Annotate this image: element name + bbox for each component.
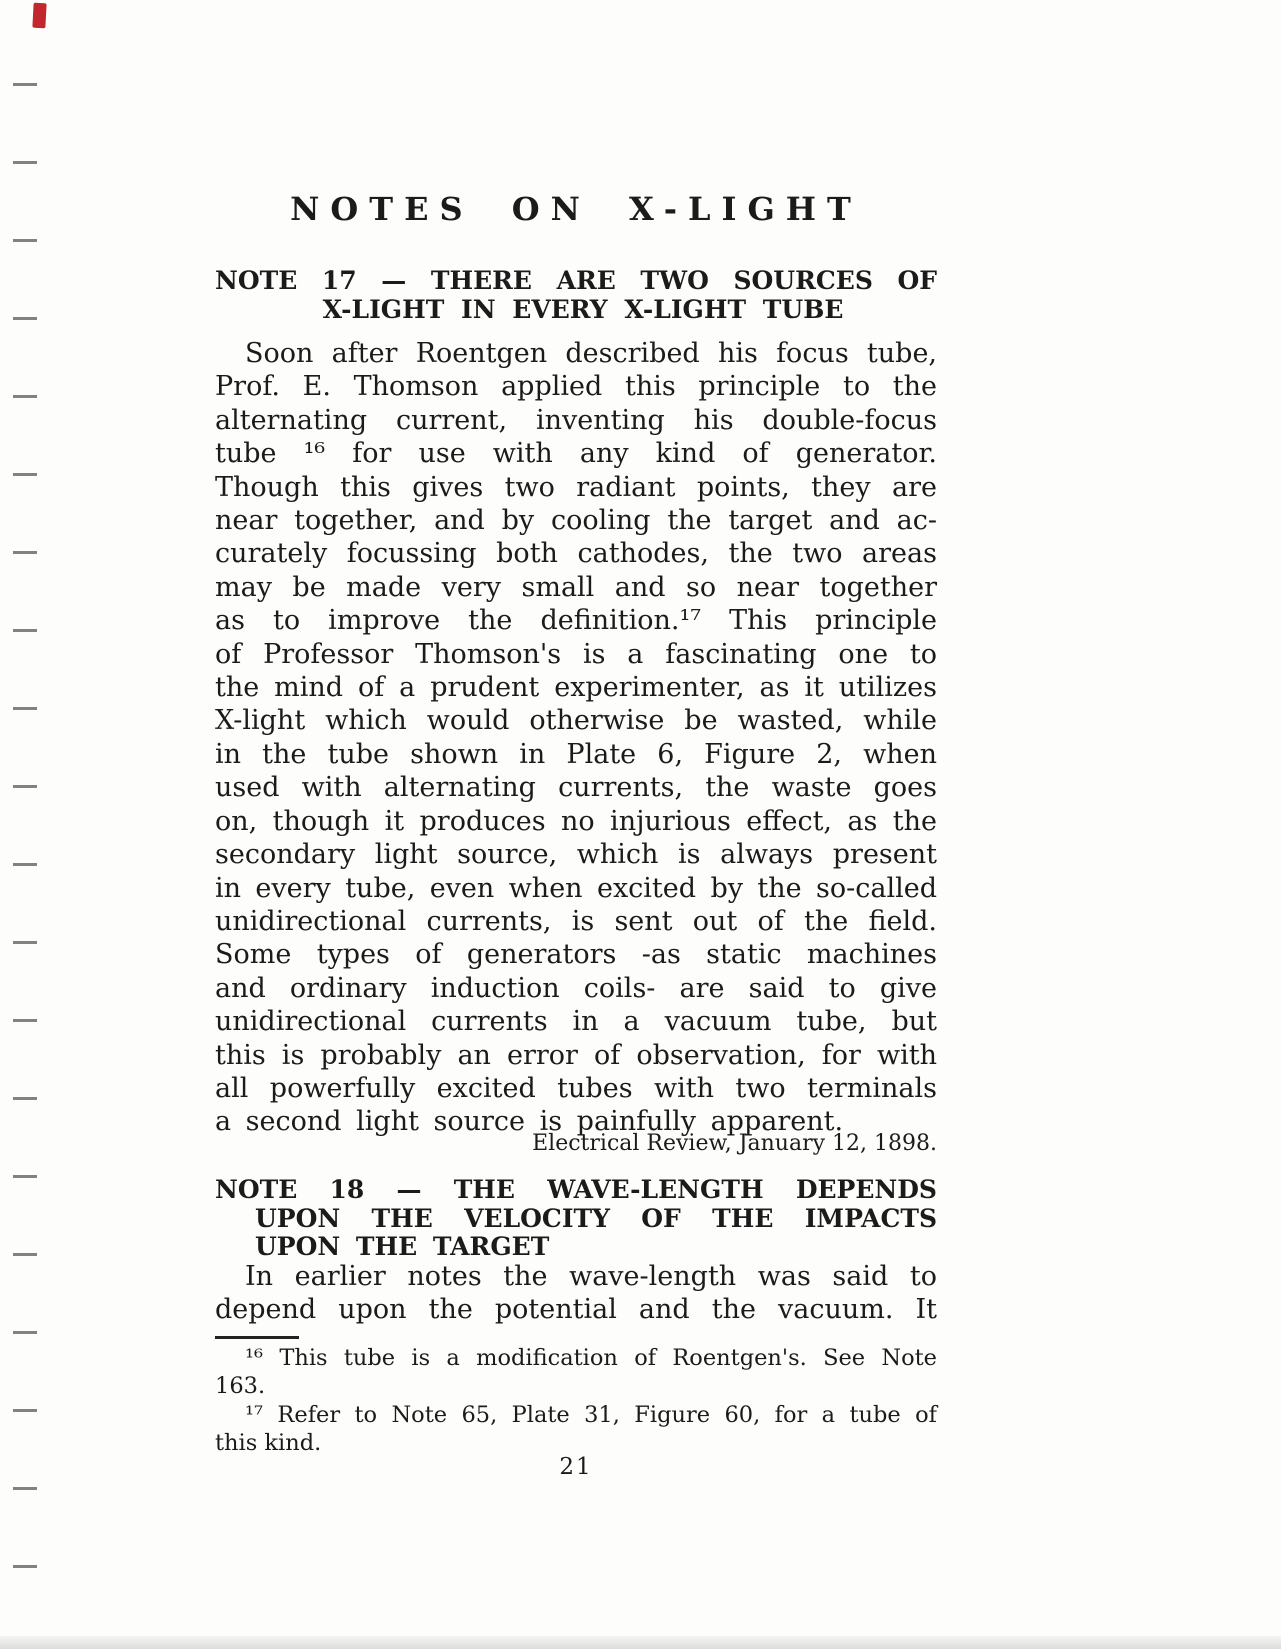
note18-heading-line3: UPON THE TARGET	[255, 1233, 937, 1262]
body-line: may be made very small and so near toget…	[215, 571, 937, 604]
body-line: and ordinary induction coils- are said t…	[215, 972, 937, 1005]
page-number: 21	[215, 1454, 937, 1480]
body-line: used with alternating currents, the wast…	[215, 771, 937, 804]
source-attribution: Electrical Review, January 12, 1898.	[215, 1131, 937, 1157]
red-scan-mark	[32, 3, 46, 29]
body-line: curately focussing both cathodes, the tw…	[215, 537, 937, 570]
body-line: all powerfully excited tubes with two te…	[215, 1072, 937, 1105]
note17-heading: NOTE 17 — THERE ARE TWO SOURCES OF X-LIG…	[215, 266, 937, 324]
body-line: Soon after Roentgen described his focus …	[215, 337, 937, 370]
body-line: near together, and by cooling the target…	[215, 504, 937, 537]
body-line: alternating current, inventing his doubl…	[215, 404, 937, 437]
note18-heading: NOTE 18 — THE WAVE-LENGTH DEPENDS UPON T…	[215, 1176, 937, 1262]
footnotes: ¹⁶ This tube is a modification of Roentg…	[215, 1344, 937, 1458]
body-line: tube ¹⁶ for use with any kind of generat…	[215, 437, 937, 470]
body-line: as to improve the definition.¹⁷ This pri…	[215, 604, 937, 637]
page-title: NOTES ON X-LIGHT	[215, 190, 937, 228]
body-line: unidirectional currents in a vacuum tube…	[215, 1005, 937, 1038]
body-line: of Professor Thomson's is a fascinating …	[215, 638, 937, 671]
body-line: secondary light source, which is always …	[215, 838, 937, 871]
note17-body: Soon after Roentgen described his focus …	[215, 337, 937, 1139]
body-line: In earlier notes the wave-length was sai…	[215, 1260, 937, 1293]
footnote-16-line: ¹⁶ This tube is a modification of Roentg…	[215, 1344, 937, 1372]
body-line: this is probably an error of observation…	[215, 1039, 937, 1072]
footnote-17-line: ¹⁷ Refer to Note 65, Plate 31, Figure 60…	[215, 1401, 937, 1429]
body-line: in every tube, even when excited by the …	[215, 872, 937, 905]
body-line: X-light which would otherwise be wasted,…	[215, 704, 937, 737]
body-line: Though this gives two radiant points, th…	[215, 471, 937, 504]
note18-heading-line1: NOTE 18 — THE WAVE-LENGTH DEPENDS	[215, 1176, 937, 1205]
note17-heading-line1: NOTE 17 — THERE ARE TWO SOURCES OF	[215, 266, 937, 295]
text-column: NOTES ON X-LIGHT NOTE 17 — THERE ARE TWO…	[215, 0, 937, 1649]
binding-dash-marks	[13, 83, 37, 1617]
body-line: Prof. E. Thomson applied this principle …	[215, 370, 937, 403]
body-line: Some types of generators -as static mach…	[215, 938, 937, 971]
footnote-separator-rule	[215, 1336, 299, 1339]
scanned-book-page: NOTES ON X-LIGHT NOTE 17 — THERE ARE TWO…	[0, 0, 1281, 1649]
body-line: in the tube shown in Plate 6, Figure 2, …	[215, 738, 937, 771]
note18-heading-line2: UPON THE VELOCITY OF THE IMPACTS	[255, 1205, 937, 1234]
footnote-16-line: 163.	[215, 1372, 937, 1400]
body-line: on, though it produces no injurious effe…	[215, 805, 937, 838]
note17-heading-line2: X-LIGHT IN EVERY X-LIGHT TUBE	[215, 295, 937, 324]
note18-body: In earlier notes the wave-length was sai…	[215, 1260, 937, 1327]
body-line: depend upon the potential and the vacuum…	[215, 1293, 937, 1326]
body-line: unidirectional currents, is sent out of …	[215, 905, 937, 938]
body-line: the mind of a prudent experimenter, as i…	[215, 671, 937, 704]
